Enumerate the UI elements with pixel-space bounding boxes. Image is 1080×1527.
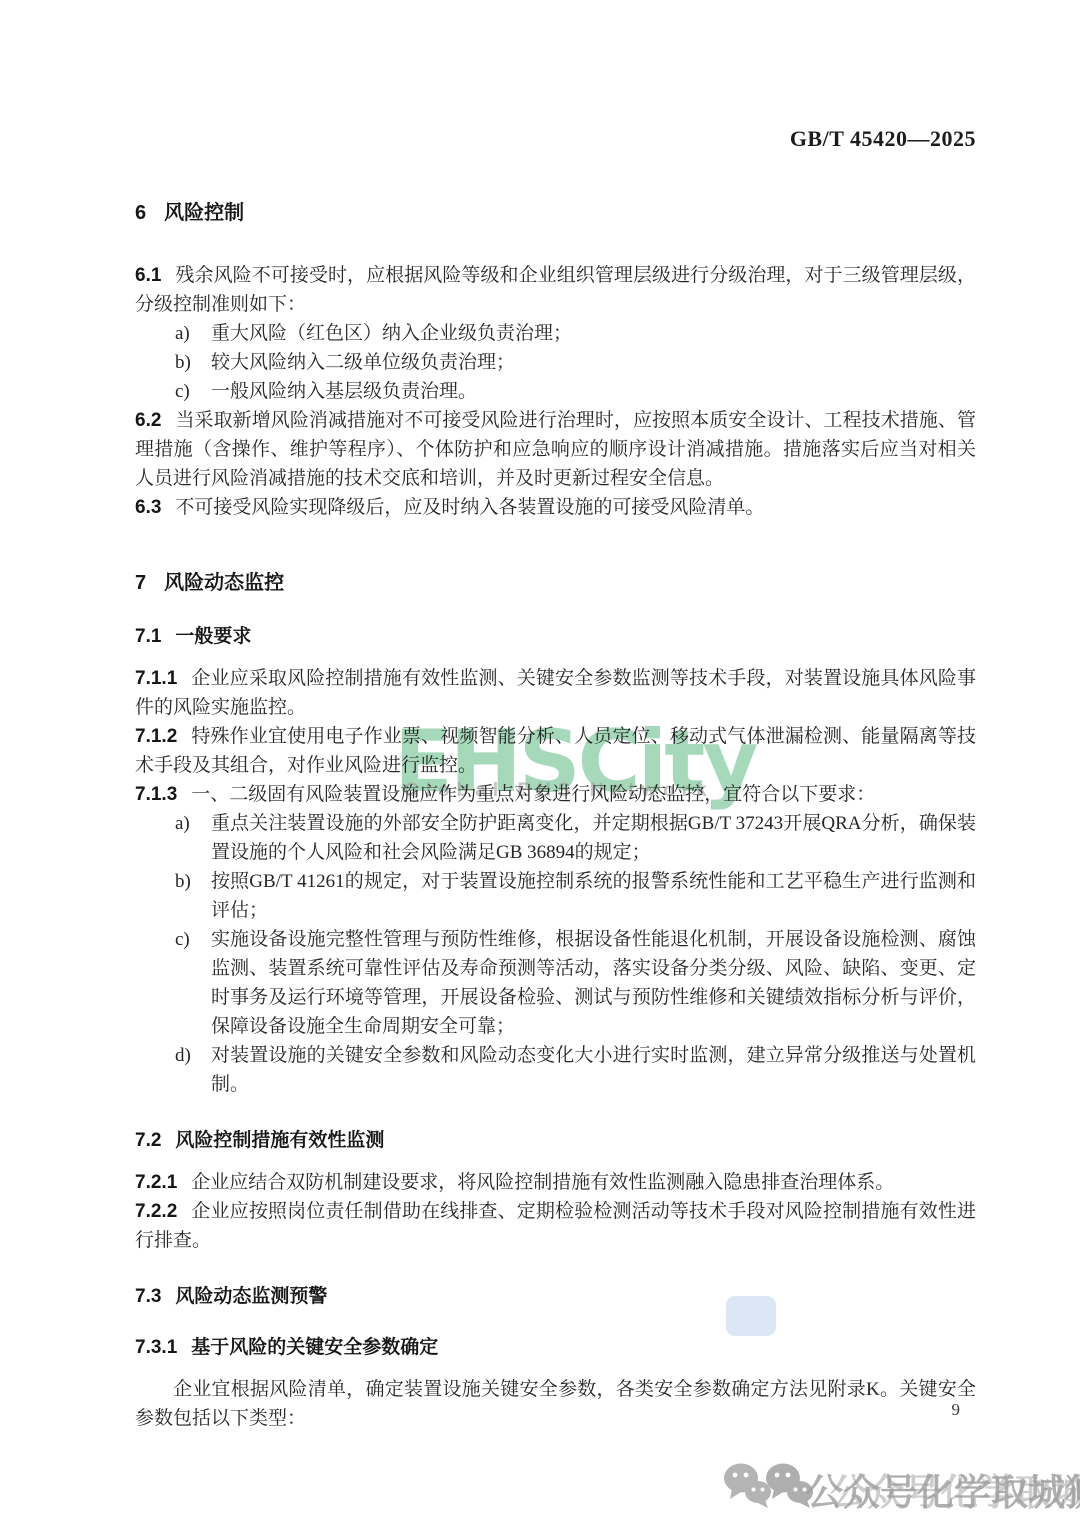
subsection-heading-7-3-1: 7.3.1基于风险的关键安全参数确定: [135, 1332, 976, 1359]
clause-text: 残余风险不可接受时，应根据风险等级和企业组织管理层级进行分级治理，对于三级管理层…: [135, 265, 976, 315]
list-item-a: a)重大风险（红色区）纳入企业级负责治理；: [135, 319, 976, 348]
chapter-heading-6: 6风险控制: [135, 196, 976, 225]
chapter-title: 风险动态监控: [164, 572, 284, 594]
chapter-number: 6: [135, 202, 146, 224]
chapter-heading-7: 7风险动态监控: [135, 566, 976, 595]
section-number: 7.2: [135, 1130, 161, 1151]
list-marker: c): [175, 925, 211, 1041]
clause-7-2-2: 7.2.2企业应按照岗位责任制借助在线排查、定期检验检测活动等技术手段对风险控制…: [135, 1197, 976, 1255]
clause-number: 6.2: [135, 410, 161, 431]
chapter-number: 7: [135, 572, 146, 594]
section-heading-7-3: 7.3风险动态监测预警: [135, 1281, 976, 1308]
list-item-b: b)按照GB/T 41261的规定，对于装置设施控制系统的报警系统性能和工艺平稳…: [135, 867, 976, 925]
section-number: 7.3: [135, 1286, 161, 1307]
list-marker: a): [175, 319, 211, 348]
section-number: 7.1: [135, 626, 161, 647]
list-item-b: b)较大风险纳入二级单位级负责治理；: [135, 348, 976, 377]
clause-number: 7.1.1: [135, 668, 177, 689]
section-heading-7-2: 7.2风险控制措施有效性监测: [135, 1125, 976, 1152]
section-title: 风险动态监测预警: [175, 1286, 327, 1307]
list-text: 重点关注装置设施的外部安全防护距离变化，并定期根据GB/T 37243开展QRA…: [211, 809, 976, 867]
subsection-title: 基于风险的关键安全参数确定: [191, 1337, 438, 1358]
clause-text: 一、二级固有风险装置设施应作为重点对象进行风险动态监控，宜符合以下要求：: [191, 784, 875, 805]
clause-number: 7.2.2: [135, 1201, 177, 1222]
clause-number: 6.1: [135, 265, 161, 286]
clause-text: 企业应按照岗位责任制借助在线排查、定期检验检测活动等技术手段对风险控制措施有效性…: [135, 1201, 976, 1251]
clause-number: 6.3: [135, 497, 161, 518]
section-title: 一般要求: [175, 626, 251, 647]
section-title: 风险控制措施有效性监测: [175, 1130, 384, 1151]
clause-number: 7.1.3: [135, 784, 177, 805]
document-page: EHSCity Global EHS Network GB/T 45420—20…: [0, 0, 1080, 1527]
clause-text: 当采取新增风险消减措施对不可接受风险进行治理时，应按照本质安全设计、工程技术措施…: [135, 410, 976, 489]
list-text: 重大风险（红色区）纳入企业级负责治理；: [211, 319, 572, 348]
list-marker: c): [175, 377, 211, 406]
list-marker: b): [175, 867, 211, 925]
clause-number: 7.2.1: [135, 1172, 177, 1193]
clause-6-2: 6.2当采取新增风险消减措施对不可接受风险进行治理时，应按照本质安全设计、工程技…: [135, 406, 976, 493]
list-text: 较大风险纳入二级单位级负责治理；: [211, 348, 515, 377]
clause-text: 企业应采取风险控制措施有效性监测、关键安全参数监测等技术手段，对装置设施具体风险…: [135, 668, 976, 718]
list-marker: b): [175, 348, 211, 377]
clause-7-2-1: 7.2.1企业应结合双防机制建设要求，将风险控制措施有效性监测融入隐患排查治理体…: [135, 1168, 976, 1197]
clause-text: 不可接受风险实现降级后，应及时纳入各装置设施的可接受风险清单。: [175, 497, 764, 518]
standard-code: GB/T 45420—2025: [135, 126, 976, 152]
page-content: GB/T 45420—2025 6风险控制 6.1残余风险不可接受时，应根据风险…: [0, 0, 1080, 1527]
list-marker: d): [175, 1041, 211, 1099]
clause-7-1-2: 7.1.2特殊作业宜使用电子作业票、视频智能分析、人员定位、移动式气体泄漏检测、…: [135, 722, 976, 780]
list-item-d: d)对装置设施的关键安全参数和风险动态变化大小进行实时监测，建立异常分级推送与处…: [135, 1041, 976, 1099]
clause-7-1-3: 7.1.3一、二级固有风险装置设施应作为重点对象进行风险动态监控，宜符合以下要求…: [135, 780, 976, 809]
list-item-a: a)重点关注装置设施的外部安全防护距离变化，并定期根据GB/T 37243开展Q…: [135, 809, 976, 867]
page-number: 9: [952, 1400, 961, 1420]
list-text: 按照GB/T 41261的规定，对于装置设施控制系统的报警系统性能和工艺平稳生产…: [211, 867, 976, 925]
list-item-c: c)一般风险纳入基层级负责治理。: [135, 377, 976, 406]
list-marker: a): [175, 809, 211, 867]
clause-6-3: 6.3不可接受风险实现降级后，应及时纳入各装置设施的可接受风险清单。: [135, 493, 976, 522]
list-text: 对装置设施的关键安全参数和风险动态变化大小进行实时监测，建立异常分级推送与处置机…: [211, 1041, 976, 1099]
clause-text: 企业应结合双防机制建设要求，将风险控制措施有效性监测融入隐患排查治理体系。: [191, 1172, 894, 1193]
clause-number: 7.1.2: [135, 726, 177, 747]
chapter-title: 风险控制: [164, 202, 244, 224]
list-item-c: c)实施设备设施完整性管理与预防性维修，根据设备性能退化机制，开展设备设施检测、…: [135, 925, 976, 1041]
clause-7-1-1: 7.1.1企业应采取风险控制措施有效性监测、关键安全参数监测等技术手段，对装置设…: [135, 664, 976, 722]
paragraph-key-safety-parameters: 企业宜根据风险清单，确定装置设施关键安全参数，各类安全参数确定方法见附录K。关键…: [135, 1375, 976, 1433]
subsection-number: 7.3.1: [135, 1337, 177, 1358]
clause-6-1: 6.1残余风险不可接受时，应根据风险等级和企业组织管理层级进行分级治理，对于三级…: [135, 261, 976, 319]
list-text: 实施设备设施完整性管理与预防性维修，根据设备性能退化机制，开展设备设施检测、腐蚀…: [211, 925, 976, 1041]
section-heading-7-1: 7.1一般要求: [135, 621, 976, 648]
clause-text: 特殊作业宜使用电子作业票、视频智能分析、人员定位、移动式气体泄漏检测、能量隔离等…: [135, 726, 976, 776]
list-text: 一般风险纳入基层级负责治理。: [211, 377, 477, 406]
